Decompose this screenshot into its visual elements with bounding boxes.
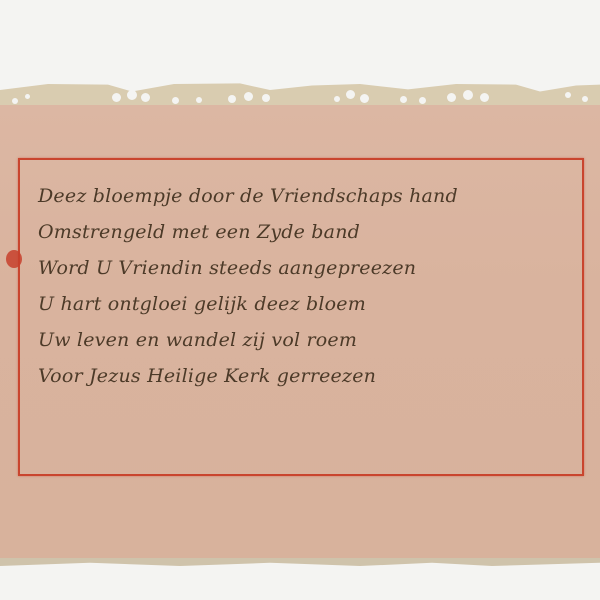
poem-line: U hart ontgloei gelijk deez bloem: [38, 286, 583, 322]
handwritten-poem: Deez bloempje door de Vriendschaps hand …: [38, 178, 583, 394]
poem-line: Omstrengeld met een Zyde band: [38, 214, 583, 250]
poem-line: Voor Jezus Heilige Kerk gerreezen: [38, 358, 583, 394]
poem-line: Deez bloempje door de Vriendschaps hand: [38, 178, 583, 214]
bottom-lace-edge: [0, 558, 600, 566]
poem-line: Uw leven en wandel zij vol roem: [38, 322, 583, 358]
poem-line: Word U Vriendin steeds aangepreezen: [38, 250, 583, 286]
thread-knot: [6, 250, 22, 268]
perforated-lace-edge: [0, 78, 600, 108]
